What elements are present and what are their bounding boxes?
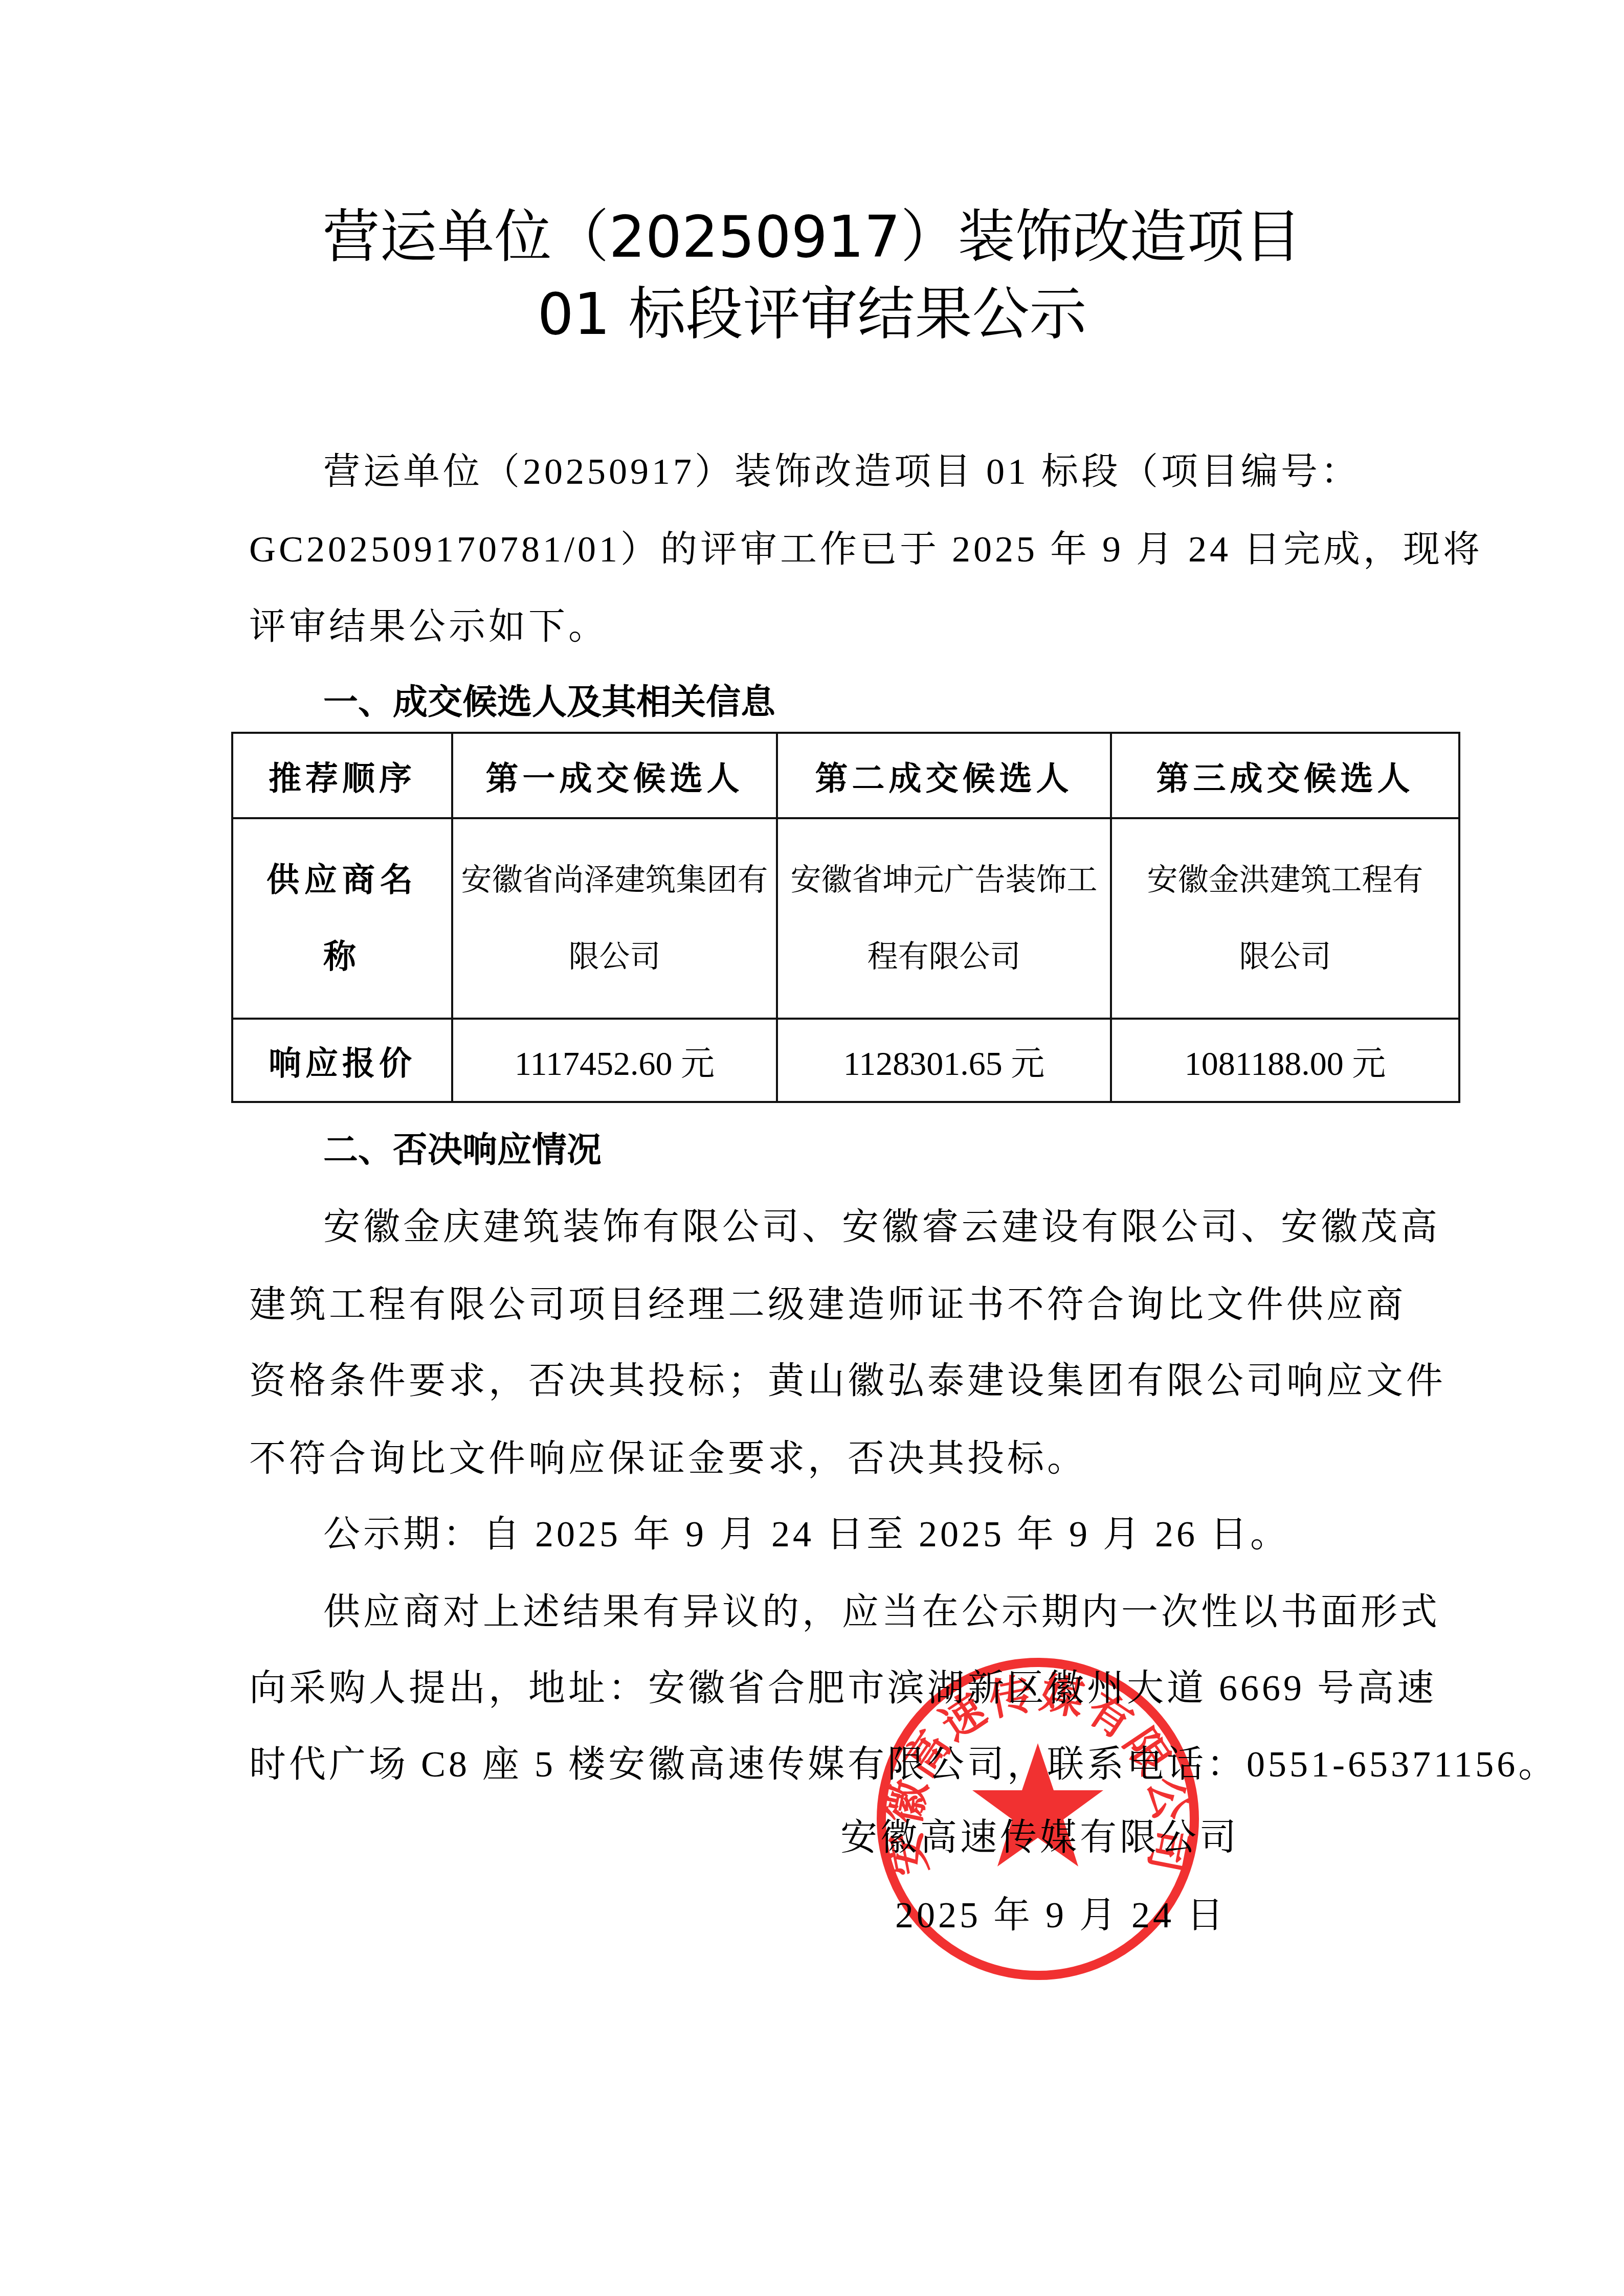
intro-line-1: 营运单位（20250917）装饰改造项目 01 标段（项目编号： xyxy=(323,446,1361,497)
rejection-line-2: 建筑工程有限公司项目经理二级建造师证书不符合询比文件供应商 xyxy=(249,1279,1406,1330)
header-candidate-2: 第二成交候选人 xyxy=(815,760,1073,798)
supplier-name-1: 安徽省尚泽建筑集团有限公司 xyxy=(453,842,776,995)
supplier-cell-1: 安徽省尚泽建筑集团有限公司 xyxy=(452,818,777,1019)
supplier-name-2: 安徽省坤元广告装饰工程有限公司 xyxy=(778,842,1110,995)
objection-line-2: 向采购人提出，地址：安徽省合肥市滨湖新区徽州大道 6669 号高速 xyxy=(249,1662,1437,1714)
objection-line-3: 时代广场 C8 座 5 楼安徽高速传媒有限公司，联系电话：0551-653711… xyxy=(249,1739,1558,1790)
rejection-line-1: 安徽金庆建筑装饰有限公司、安徽睿云建设有限公司、安徽茂高 xyxy=(323,1201,1440,1252)
page-title-line-2: 01 标段评审结果公示 xyxy=(0,279,1624,350)
row-label-supplier: 供应商名称 xyxy=(233,842,451,995)
header-candidate-3: 第三成交候选人 xyxy=(1156,760,1414,798)
candidate-table: 推荐顺序 第一成交候选人 第二成交候选人 第三成交候选人 供应商名称 安徽省尚泽… xyxy=(231,732,1460,1103)
table-header-row: 推荐顺序 第一成交候选人 第二成交候选人 第三成交候选人 xyxy=(232,733,1459,818)
supplier-cell-2: 安徽省坤元广告装饰工程有限公司 xyxy=(777,818,1111,1019)
price-1: 1117452.60 元 xyxy=(515,1045,715,1083)
row-label-cell: 响应报价 xyxy=(232,1019,452,1102)
price-2: 1128301.65 元 xyxy=(843,1045,1045,1083)
intro-line-2: GC202509170781/01）的评审工作已于 2025 年 9 月 24 … xyxy=(249,524,1483,575)
signature-date: 2025 年 9 月 24 日 xyxy=(895,1889,1227,1941)
header-cell-rank: 推荐顺序 xyxy=(232,733,452,818)
row-label-cell: 供应商名称 xyxy=(232,818,452,1019)
price-cell-1: 1117452.60 元 xyxy=(452,1019,777,1102)
price-3: 1081188.00 元 xyxy=(1185,1045,1386,1083)
header-cell-candidate-2: 第二成交候选人 xyxy=(777,733,1111,818)
price-cell-2: 1128301.65 元 xyxy=(777,1019,1111,1102)
section-heading-candidates: 一、成交候选人及其相关信息 xyxy=(323,677,775,728)
intro-line-3: 评审结果公示如下。 xyxy=(249,601,608,652)
supplier-name-3: 安徽金洪建筑工程有限公司 xyxy=(1112,842,1458,995)
row-label-price: 响应报价 xyxy=(269,1045,416,1083)
price-cell-3: 1081188.00 元 xyxy=(1111,1019,1459,1102)
signature-company: 安徽高速传媒有限公司 xyxy=(840,1812,1239,1863)
table-row: 供应商名称 安徽省尚泽建筑集团有限公司 安徽省坤元广告装饰工程有限公司 安徽金洪… xyxy=(232,818,1459,1019)
supplier-cell-3: 安徽金洪建筑工程有限公司 xyxy=(1111,818,1459,1019)
header-cell-candidate-1: 第一成交候选人 xyxy=(452,733,777,818)
header-label: 推荐顺序 xyxy=(269,760,416,798)
rejection-line-4: 不符合询比文件响应保证金要求，否决其投标。 xyxy=(249,1433,1087,1484)
section-heading-rejections: 二、否决响应情况 xyxy=(323,1125,602,1176)
rejection-line-3: 资格条件要求，否决其投标；黄山徽弘泰建设集团有限公司响应文件 xyxy=(249,1355,1446,1406)
table-row: 响应报价 1117452.60 元 1128301.65 元 1081188.0… xyxy=(232,1019,1459,1102)
page-title-line-1: 营运单位（20250917）装饰改造项目 xyxy=(0,201,1624,273)
publicity-period: 公示期：自 2025 年 9 月 24 日至 2025 年 9 月 26 日。 xyxy=(323,1509,1290,1560)
objection-line-1: 供应商对上述结果有异议的，应当在公示期内一次性以书面形式 xyxy=(323,1586,1440,1637)
header-candidate-1: 第一成交候选人 xyxy=(486,760,744,798)
header-cell-candidate-3: 第三成交候选人 xyxy=(1111,733,1459,818)
